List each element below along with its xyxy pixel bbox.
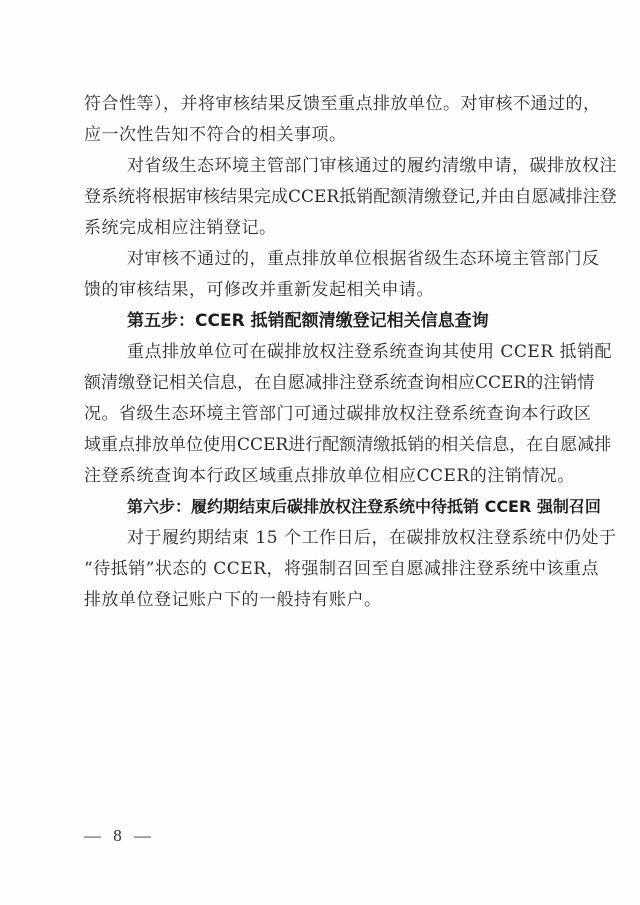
document-page: 符合性等），并将审核结果反馈至重点排放单位。对审核不通过的， 应一次性告知不符合…: [0, 0, 640, 905]
page-number: — 8 —: [84, 826, 155, 846]
paragraph-line: 符合性等），并将审核结果反馈至重点排放单位。对审核不通过的，: [84, 92, 558, 116]
section-heading-step-6: 第六步：履约期结束后碳排放权注登系统中待抵销 CCER 强制召回: [127, 495, 558, 519]
paragraph-line: 对省级生态环境主管部门审核通过的履约清缴申请，碳排放权注: [127, 154, 558, 178]
paragraph-line: 排放单位登记账户下的一般持有账户。: [84, 588, 558, 612]
paragraph-line: 对审核不通过的，重点排放单位根据省级生态环境主管部门反: [127, 247, 558, 271]
paragraph-line: 馈的审核结果，可修改并重新发起相关申请。: [84, 278, 558, 302]
paragraph-line: 域重点排放单位使用CCER进行配额清缴抵销的相关信息，在自愿减排: [84, 433, 558, 457]
paragraph-line: 重点排放单位可在碳排放权注登系统查询其使用 CCER 抵销配: [127, 340, 558, 364]
paragraph-line: 登系统将根据审核结果完成CCER抵销配额清缴登记,并由自愿减排注登: [84, 185, 558, 209]
paragraph-line: “待抵销”状态的 CCER，将强制召回至自愿减排注登系统中该重点: [84, 557, 558, 581]
paragraph-line: 额清缴登记相关信息，在自愿减排注登系统查询相应CCER的注销情: [84, 371, 558, 395]
section-heading-step-5: 第五步：CCER 抵销配额清缴登记相关信息查询: [127, 309, 558, 333]
paragraph-line: 注登系统查询本行政区域重点排放单位相应CCER的注销情况。: [84, 464, 558, 488]
paragraph-line: 应一次性告知不符合的相关事项。: [84, 123, 558, 147]
paragraph-line: 况。省级生态环境主管部门可通过碳排放权注登系统查询本行政区: [84, 402, 558, 426]
paragraph-line: 对于履约期结束 15 个工作日后，在碳排放权注登系统中仍处于: [127, 526, 558, 550]
paragraph-line: 系统完成相应注销登记。: [84, 216, 558, 240]
